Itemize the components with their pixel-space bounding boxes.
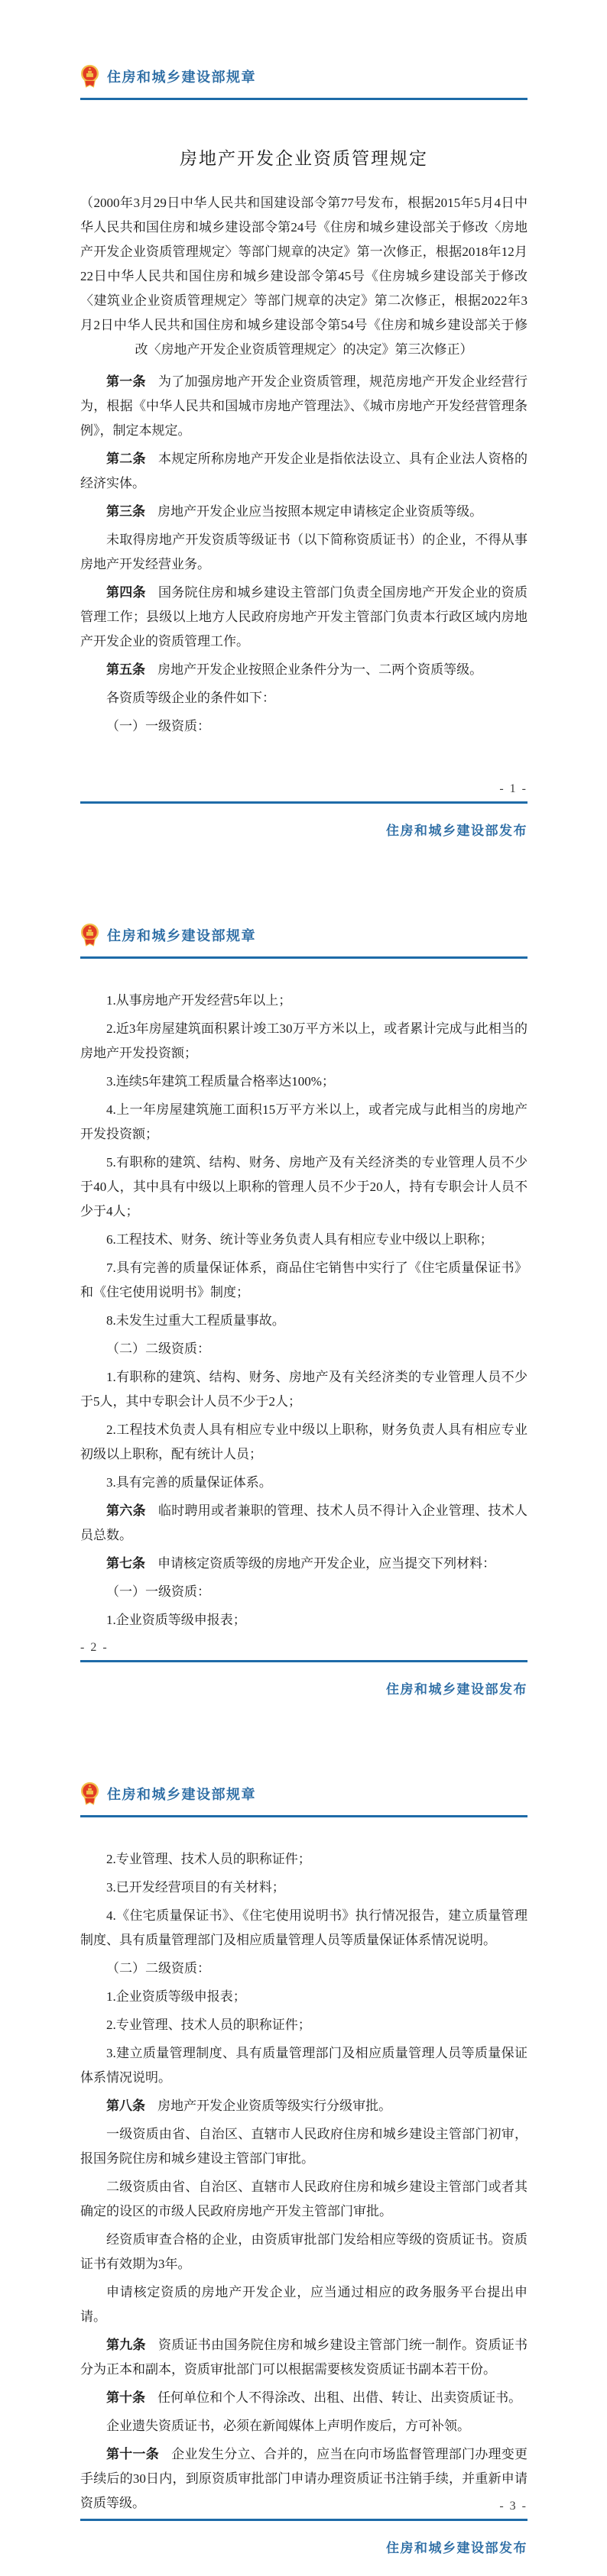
paragraph: 3.具有完善的质量保证体系。 (80, 1471, 527, 1495)
page-number: - 2 - (80, 1641, 109, 1655)
paragraph-text: 本规定所称房地产开发企业是指依法设立、具有企业法人资格的经济实体。 (80, 451, 527, 490)
paragraph-text: 二级资质由省、自治区、直辖市人民政府住房和城乡建设主管部门或者其确定的设区的市级… (80, 2180, 527, 2218)
paragraph-text: 2.专业管理、技术人员的职称证件； (106, 1852, 311, 1866)
article-number: 第八条 (106, 2099, 145, 2113)
paragraph: 3.连续5年建筑工程质量合格率达100%； (80, 1070, 527, 1094)
article-number: 第十条 (106, 2390, 145, 2405)
paragraph-text: 企业遗失资质证书，必须在新闻媒体上声明作废后，方可补领。 (106, 2419, 470, 2433)
paragraph: 3.已开发经营项目的有关材料； (80, 1875, 527, 1900)
paragraph: 2.工程技术负责人具有相应专业中级以上职称，财务负责人具有相应专业初级以上职称，… (80, 1418, 527, 1467)
page-1: 住房和城乡建设部规章 房地产开发企业资质管理规定 （2000年3月29日中华人民… (0, 0, 607, 859)
paragraph-text: 8.未发生过重大工程质量事故。 (106, 1313, 285, 1328)
paragraph-text: 1.企业资质等级申报表； (106, 1989, 246, 2004)
paragraph: 各资质等级企业的条件如下： (80, 686, 527, 710)
paragraph-text: 7.具有完善的质量保证体系，商品住宅销售中实行了《住宅质量保证书》和《住宅使用说… (80, 1260, 527, 1299)
paragraph-text: 房地产开发企业应当按照本规定申请核定企业资质等级。 (157, 504, 482, 519)
paragraph: 2.专业管理、技术人员的职称证件； (80, 1847, 527, 1872)
paragraph: 第三条房地产开发企业应当按照本规定申请核定企业资质等级。 (80, 500, 527, 524)
paragraph: 4.《住宅质量保证书》、《住宅使用说明书》执行情况报告，建立质量管理制度、具有质… (80, 1904, 527, 1953)
article-number: 第三条 (106, 504, 145, 519)
paragraph: 第十一条企业发生分立、合并的，应当在向市场监督管理部门办理变更手续后的30日内，… (80, 2442, 527, 2516)
paragraph: 3.建立质量管理制度、具有质量管理部门及相应质量管理人员等质量保证体系情况说明。 (80, 2041, 527, 2090)
footer-rule (80, 1660, 527, 1662)
paragraph-text: 房地产开发企业资质等级实行分级审批。 (157, 2099, 391, 2113)
paragraph-text: 临时聘用或者兼职的管理、技术人员不得计入企业管理、技术人员总数。 (80, 1503, 527, 1542)
footer-rule (80, 2519, 527, 2521)
paragraph: （二）二级资质： (80, 1337, 527, 1361)
paragraph-text: 1.企业资质等级申报表； (106, 1613, 246, 1627)
page-2: 住房和城乡建设部规章 1.从事房地产开发经营5年以上； 2.近3年房屋建筑面积累… (0, 859, 607, 1717)
paragraph: 未取得房地产开发资质等级证书（以下简称资质证书）的企业，不得从事房地产开发经营业… (80, 528, 527, 577)
paragraph: 1.从事房地产开发经营5年以上； (80, 989, 527, 1013)
paragraph: 1.有职称的建筑、结构、财务、房地产及有关经济类的专业管理人员不少于5人，其中专… (80, 1365, 527, 1414)
publisher-label: 住房和城乡建设部发布 (386, 820, 527, 839)
footer-rule (80, 801, 527, 804)
paragraph-text: 为了加强房地产开发企业资质管理，规范房地产开发企业经营行为，根据《中华人民共和国… (80, 374, 527, 438)
paragraph-text: 5.有职称的建筑、结构、财务、房地产及有关经济类的专业管理人员不少于40人，其中… (80, 1155, 527, 1218)
paragraph: 第十条任何单位和个人不得涂改、出租、出借、转让、出卖资质证书。 (80, 2386, 527, 2410)
page-number: - 1 - (499, 782, 527, 796)
paragraph-text: 2.专业管理、技术人员的职称证件； (106, 2018, 311, 2032)
paragraph-text: 1.从事房地产开发经营5年以上； (106, 993, 291, 1008)
paragraph: 申请核定资质的房地产开发企业，应当通过相应的政务服务平台提出申请。 (80, 2280, 527, 2329)
paragraph: 二级资质由省、自治区、直辖市人民政府住房和城乡建设主管部门或者其确定的设区的市级… (80, 2175, 527, 2224)
article-number: 第四条 (106, 585, 146, 600)
paragraph: 1.企业资质等级申报表； (80, 1985, 527, 2009)
page-header: 住房和城乡建设部规章 (80, 923, 256, 947)
paragraph-text: 资质证书由国务院住房和城乡建设主管部门统一制作。资质证书分为正本和副本，资质审批… (80, 2338, 527, 2377)
paragraph: 4.上一年房屋建筑施工面积15万平方米以上，或者完成与此相当的房地产开发投资额； (80, 1098, 527, 1147)
paragraph: 第二条本规定所称房地产开发企业是指依法设立、具有企业法人资格的经济实体。 (80, 447, 527, 496)
paragraph-text: 4.上一年房屋建筑施工面积15万平方米以上，或者完成与此相当的房地产开发投资额； (80, 1102, 527, 1141)
page-header: 住房和城乡建设部规章 (80, 1782, 256, 1805)
paragraph-text: （二）二级资质： (106, 1341, 210, 1356)
paragraph: 第七条申请核定资质等级的房地产开发企业，应当提交下列材料： (80, 1552, 527, 1576)
document-title: 房地产开发企业资质管理规定 (80, 147, 527, 171)
paragraph: 6.工程技术、财务、统计等业务负责人具有相应专业中级以上职称； (80, 1228, 527, 1252)
paragraph: 第一条为了加强房地产开发企业资质管理，规范房地产开发企业经营行为，根据《中华人民… (80, 370, 527, 443)
paragraph-text: 申请核定资质的房地产开发企业，应当通过相应的政务服务平台提出申请。 (80, 2285, 527, 2324)
header-rule (80, 956, 527, 959)
paragraph-text: 2.工程技术负责人具有相应专业中级以上职称，财务负责人具有相应专业初级以上职称，… (80, 1422, 527, 1461)
paragraph-text: （一）一级资质： (106, 719, 210, 733)
page-3-content: 2.专业管理、技术人员的职称证件； 3.已开发经营项目的有关材料； 4.《住宅质… (80, 1847, 527, 2519)
page-1-content: 房地产开发企业资质管理规定 （2000年3月29日中华人民共和国建设部令第77号… (80, 147, 527, 743)
publisher-label: 住房和城乡建设部发布 (386, 1678, 527, 1697)
page-3: 住房和城乡建设部规章 2.专业管理、技术人员的职称证件； 3.已开发经营项目的有… (0, 1717, 607, 2576)
national-emblem-icon (80, 1782, 100, 1805)
article-number: 第二条 (106, 451, 146, 466)
article-number: 第十一条 (106, 2447, 159, 2461)
paragraph-text: 2.近3年房屋建筑面积累计竣工30万平方米以上，或者累计完成与此相当的房地产开发… (80, 1021, 527, 1060)
document-preamble: （2000年3月29日中华人民共和国建设部令第77号发布，根据2015年5月4日… (80, 191, 527, 362)
national-emblem-icon (80, 64, 100, 88)
paragraph-text: 任何单位和个人不得涂改、出租、出借、转让、出卖资质证书。 (157, 2390, 521, 2405)
article-number: 第六条 (106, 1503, 146, 1518)
paragraph-text: 未取得房地产开发资质等级证书（以下简称资质证书）的企业，不得从事房地产开发经营业… (80, 532, 527, 571)
article-number: 第一条 (106, 374, 146, 389)
paragraph-text: 3.连续5年建筑工程质量合格率达100%； (106, 1074, 335, 1089)
paragraph: 第四条国务院住房和城乡建设主管部门负责全国房地产开发企业的资质管理工作；县级以上… (80, 581, 527, 654)
paragraph: 企业遗失资质证书，必须在新闻媒体上声明作废后，方可补领。 (80, 2414, 527, 2438)
header-rule (80, 1815, 527, 1817)
page-header-label: 住房和城乡建设部规章 (107, 1784, 256, 1804)
paragraph: 8.未发生过重大工程质量事故。 (80, 1309, 527, 1333)
paragraph: 第五条房地产开发企业按照企业条件分为一、二两个资质等级。 (80, 658, 527, 682)
paragraph-text: 国务院住房和城乡建设主管部门负责全国房地产开发企业的资质管理工作；县级以上地方人… (80, 585, 527, 649)
paragraph: 7.具有完善的质量保证体系，商品住宅销售中实行了《住宅质量保证书》和《住宅使用说… (80, 1256, 527, 1305)
paragraph: 1.企业资质等级申报表； (80, 1608, 527, 1633)
paragraph-text: 申请核定资质等级的房地产开发企业，应当提交下列材料： (157, 1556, 495, 1571)
paragraph-text: （二）二级资质： (106, 1961, 210, 1976)
page-header-label: 住房和城乡建设部规章 (107, 925, 256, 945)
page-2-content: 1.从事房地产开发经营5年以上； 2.近3年房屋建筑面积累计竣工30万平方米以上… (80, 989, 527, 1636)
paragraph-text: 各资质等级企业的条件如下： (106, 691, 275, 705)
paragraph: 第八条房地产开发企业资质等级实行分级审批。 (80, 2094, 527, 2118)
paragraph: 2.近3年房屋建筑面积累计竣工30万平方米以上，或者累计完成与此相当的房地产开发… (80, 1017, 527, 1066)
paragraph: 经资质审查合格的企业，由资质审批部门发给相应等级的资质证书。资质证书有效期为3年… (80, 2228, 527, 2277)
paragraph: （一）一级资质： (80, 1580, 527, 1604)
paragraph-text: 3.建立质量管理制度、具有质量管理部门及相应质量管理人员等质量保证体系情况说明。 (80, 2046, 527, 2085)
paragraph: 5.有职称的建筑、结构、财务、房地产及有关经济类的专业管理人员不少于40人，其中… (80, 1150, 527, 1224)
header-rule (80, 98, 527, 100)
national-emblem-icon (80, 923, 100, 947)
paragraph: 2.专业管理、技术人员的职称证件； (80, 2013, 527, 2037)
paragraph-text: 3.已开发经营项目的有关材料； (106, 1880, 285, 1895)
page-header: 住房和城乡建设部规章 (80, 64, 256, 88)
paragraph-text: 房地产开发企业按照企业条件分为一、二两个资质等级。 (157, 662, 482, 677)
paragraph-text: 经资质审查合格的企业，由资质审批部门发给相应等级的资质证书。资质证书有效期为3年… (80, 2232, 527, 2271)
paragraph: （二）二级资质： (80, 1956, 527, 1981)
paragraph-text: 6.工程技术、财务、统计等业务负责人具有相应专业中级以上职称； (106, 1232, 493, 1247)
paragraph: 一级资质由省、自治区、直辖市人民政府住房和城乡建设主管部门初审，报国务院住房和城… (80, 2122, 527, 2171)
publisher-label: 住房和城乡建设部发布 (386, 2537, 527, 2556)
paragraph: （一）一级资质： (80, 714, 527, 739)
page-number: - 3 - (499, 2500, 527, 2513)
paragraph-text: （一）一级资质： (106, 1584, 210, 1599)
paragraph: 第六条临时聘用或者兼职的管理、技术人员不得计入企业管理、技术人员总数。 (80, 1499, 527, 1548)
paragraph-text: 1.有职称的建筑、结构、财务、房地产及有关经济类的专业管理人员不少于5人，其中专… (80, 1370, 527, 1409)
page-header-label: 住房和城乡建设部规章 (107, 66, 256, 86)
article-number: 第五条 (106, 662, 145, 677)
paragraph-text: 一级资质由省、自治区、直辖市人民政府住房和城乡建设主管部门初审，报国务院住房和城… (80, 2127, 527, 2166)
paragraph-text: 3.具有完善的质量保证体系。 (106, 1475, 272, 1490)
paragraph: 第九条资质证书由国务院住房和城乡建设主管部门统一制作。资质证书分为正本和副本，资… (80, 2333, 527, 2382)
paragraph-text: 4.《住宅质量保证书》、《住宅使用说明书》执行情况报告，建立质量管理制度、具有质… (80, 1908, 527, 1947)
article-number: 第九条 (106, 2338, 146, 2352)
article-number: 第七条 (106, 1556, 145, 1571)
